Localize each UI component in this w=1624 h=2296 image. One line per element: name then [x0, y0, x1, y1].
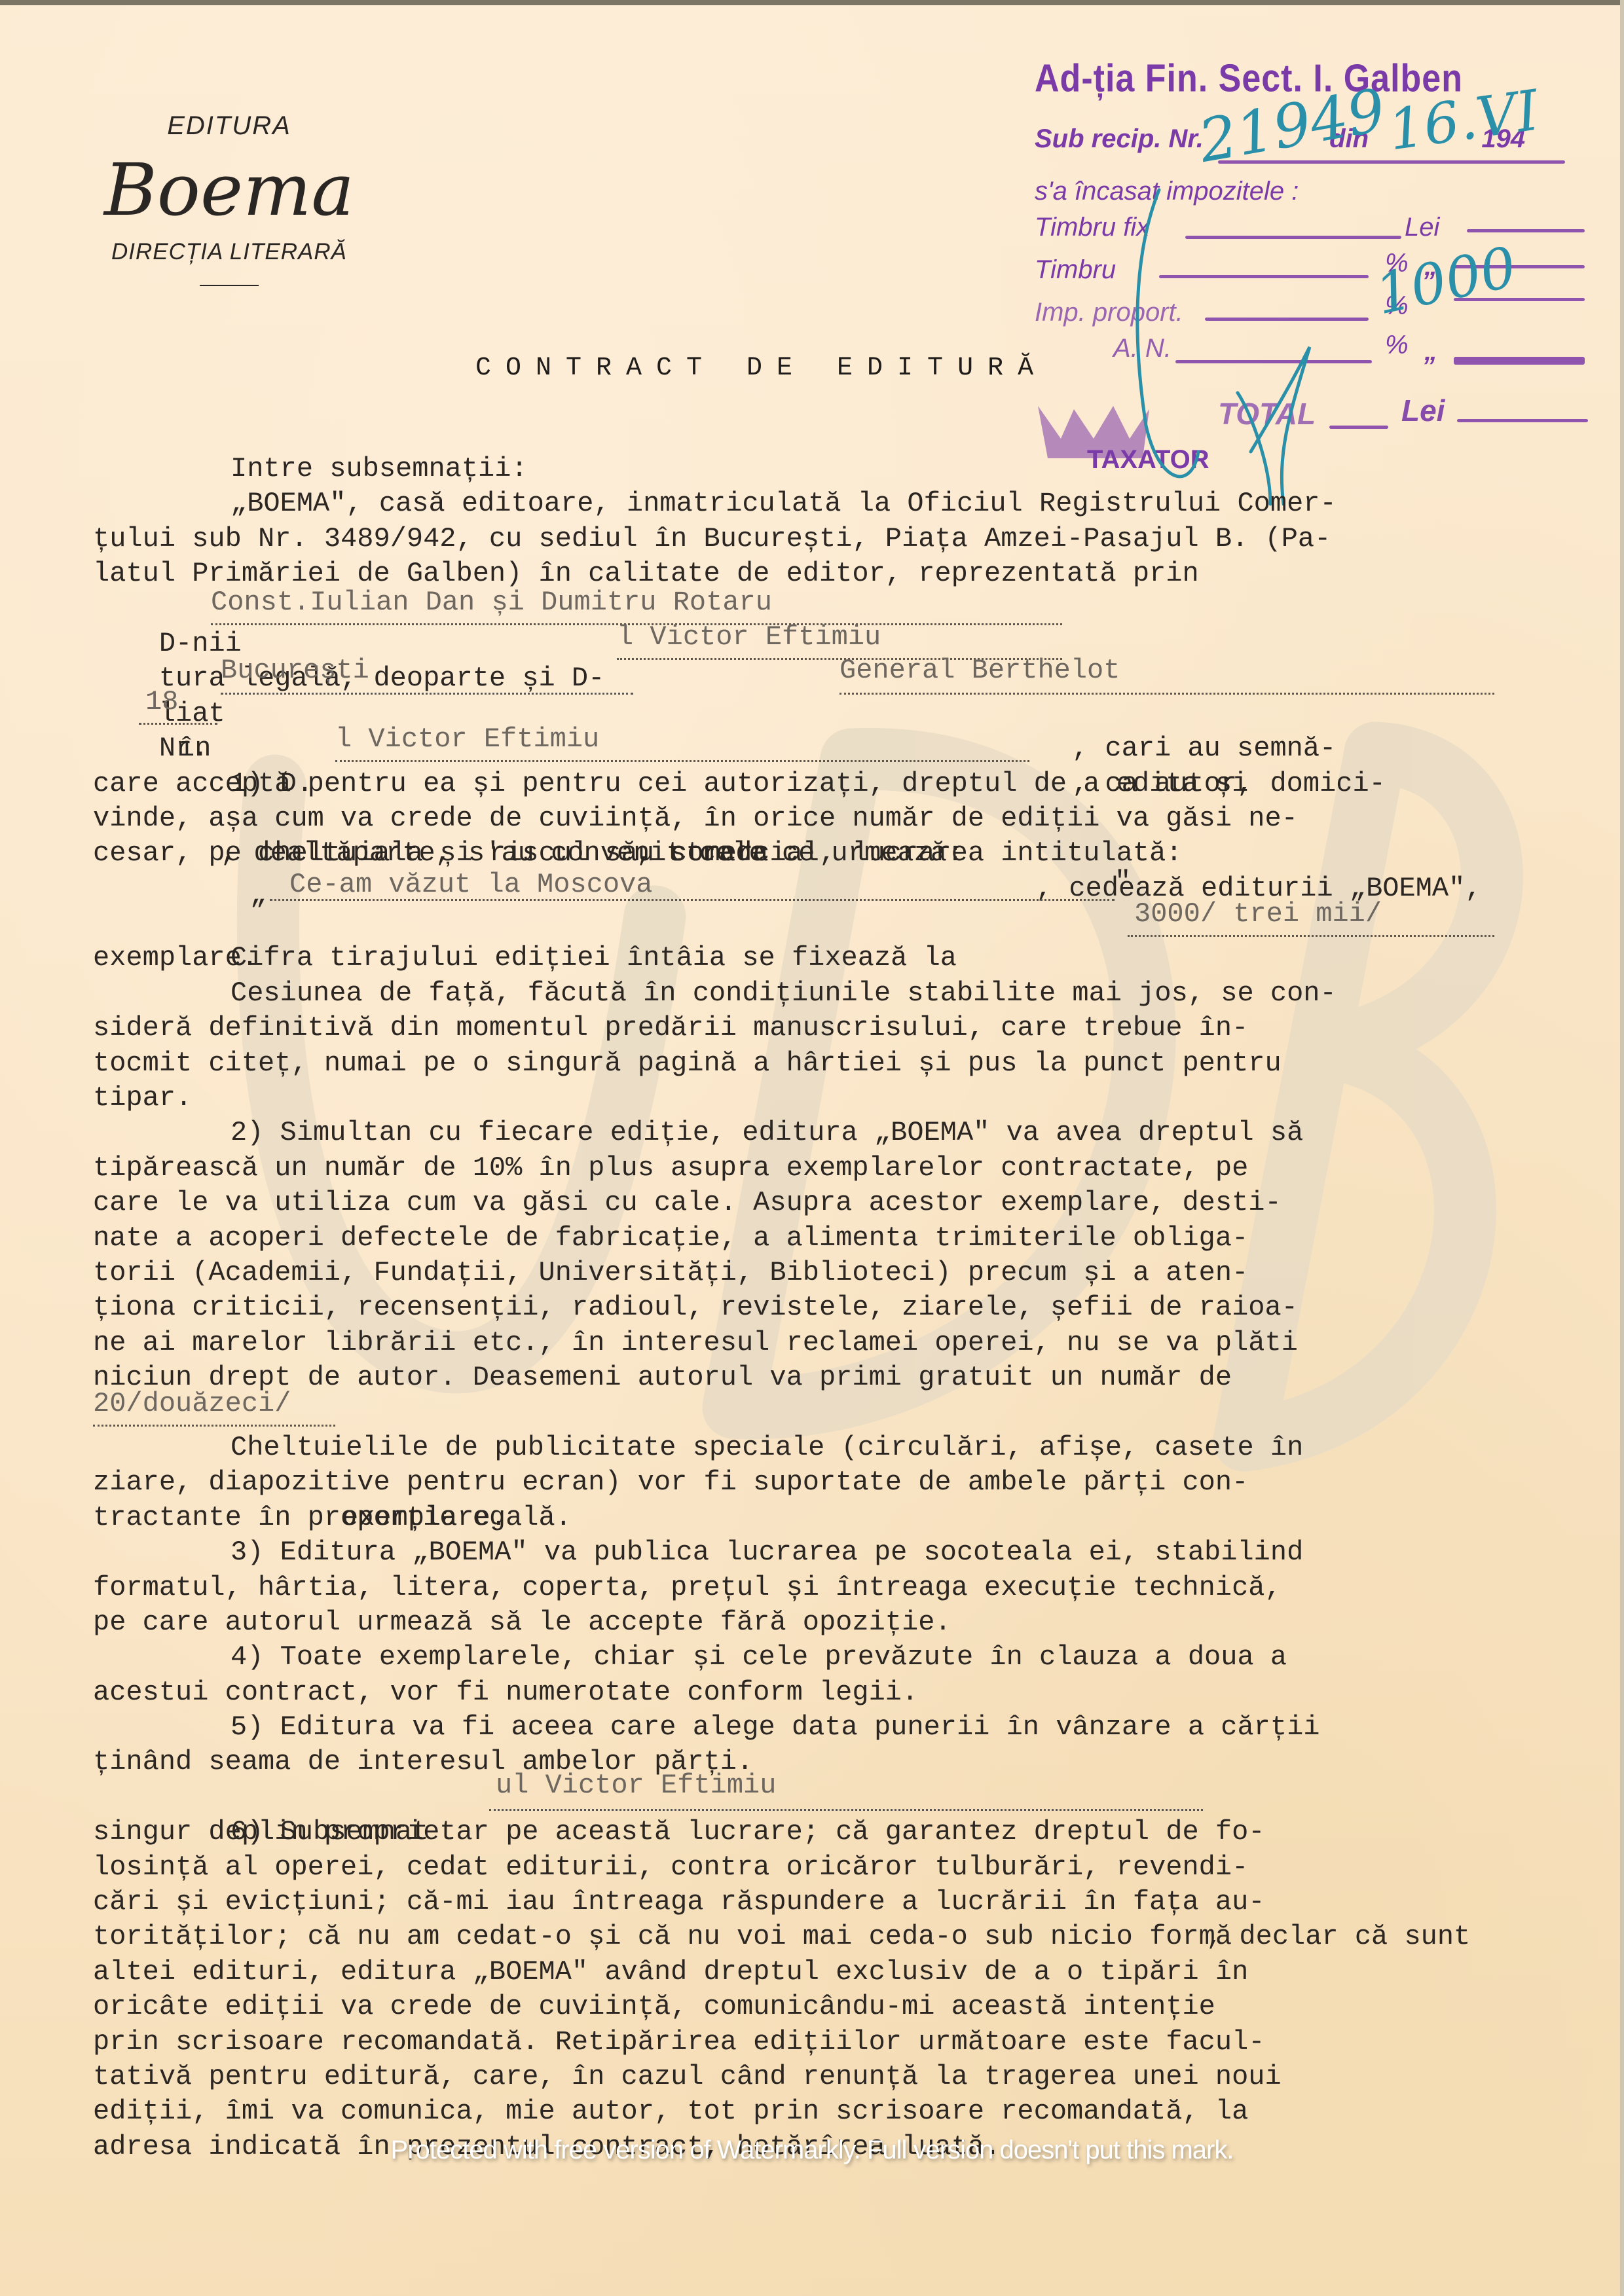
stamp-rule: [1467, 229, 1585, 232]
cession-line-2: sideră definitivă din momentul predării …: [93, 1011, 1494, 1046]
print-run-field: 3000/ trei mii/: [1134, 897, 1382, 932]
clause2-line-3: care le va utiliza cum va găsi cu cale. …: [93, 1186, 1494, 1220]
timbru-label: Timbru: [1035, 255, 1116, 285]
stamp-header: Ad-ția Fin. Sect. I. Galben: [1035, 56, 1463, 101]
fiscal-stamp: Ad-ția Fin. Sect. I. Galben Sub recip. N…: [1022, 39, 1598, 498]
close-quote: ": [1115, 865, 1131, 900]
scan-right-edge: [1620, 0, 1624, 2296]
watermark-notice: Protected with free version of Watermark…: [0, 2136, 1624, 2165]
fill-line: [840, 693, 1494, 695]
party-line-1: „BOEMA", casă editoare, inmatriculată la…: [93, 486, 1494, 521]
clause6-name-field: ul Victor Eftimiu: [496, 1768, 776, 1803]
print-run-suffix: exemplare.: [93, 941, 1494, 975]
free-copies-field: 20/douăzeci/: [93, 1387, 291, 1421]
city-field: București: [221, 653, 369, 688]
clause1-name-field: l Victor Eftimiu: [335, 722, 599, 757]
clause2-line-8: niciun drept de autor. Deasemeni autorul…: [93, 1360, 1494, 1395]
representatives-field: Const.Iulian Dan și Dumitru Rotaru: [211, 585, 772, 620]
fill-line: [221, 693, 633, 695]
scan-top-edge: [0, 0, 1624, 5]
clause3-line-1: 3) Editura „BOEMA" va publica lucrarea p…: [93, 1535, 1494, 1570]
street-field: General Berthelot: [840, 653, 1120, 688]
stamp-smudge: [1454, 357, 1585, 365]
contract-body: Intre subsemnații: „BOEMA", casă editoar…: [93, 452, 1494, 2164]
publicity-line-3: tractante în proporție egală.: [93, 1501, 1494, 1535]
clause6-line-7: prin scrisoare recomandată. Retipărirea …: [93, 2025, 1494, 2060]
department-label: DIRECȚIA LITERARĂ: [92, 239, 367, 265]
fill-line: [93, 1425, 335, 1427]
clause6-line-6: oricâte ediții va crede de cuviință, com…: [93, 1990, 1494, 2024]
clause6-line-2: losință al operei, cedat editurii, contr…: [93, 1850, 1494, 1885]
fill-line: [489, 1809, 1203, 1811]
clause3-line-3: pe care autorul urmează să le accepte fă…: [93, 1605, 1494, 1640]
clause1-line-1: care acceptă pentru ea și pentru cei aut…: [93, 767, 1494, 801]
clause1-line-2: vinde, așa cum va crede de cuviință, în …: [93, 801, 1494, 836]
nr-field: 18: [145, 685, 178, 720]
clause6-line-4: torităților; că nu am cedat-o și că nu v…: [93, 1920, 1494, 1954]
clause2-line-5: torii (Academii, Fundații, Universități,…: [93, 1256, 1494, 1290]
cession-line-4: tipar.: [93, 1081, 1494, 1116]
publisher-label: EDITURA: [92, 111, 367, 141]
fill-line: [139, 723, 217, 725]
letterhead-divider: [200, 285, 259, 286]
party-line-2: țului sub Nr. 3489/942, cu sediul în Buc…: [93, 522, 1494, 556]
clause6-line-8: tativă pentru editură, care, în cazul câ…: [93, 2060, 1494, 2094]
clause1-line-3: cesar, pe cheltuiala și riscul său comer…: [93, 836, 1494, 871]
clause6-line-9: ediții, îmi va comunica, mie autor, tot …: [93, 2094, 1494, 2129]
boema-logo: Boema: [92, 147, 367, 232]
fill-line: [270, 899, 1115, 901]
cession-line-3: tocmit citeț, numai pe o singură pagină …: [93, 1046, 1494, 1081]
fill-line: [335, 760, 1029, 762]
clause2-line-1: 2) Simultan cu fiecare ediție, editura „…: [93, 1116, 1494, 1150]
clause4-line-1: 4) Toate exemplarele, chiar și cele prev…: [93, 1640, 1494, 1675]
print-run-line: Cifra tirajului ediției întâia se fixeaz…: [93, 906, 1494, 941]
clause2-line-2: tipărească un număr de 10% în plus asupr…: [93, 1151, 1494, 1186]
work-title-field: Ce-am văzut la Moscova: [289, 867, 653, 902]
address-line: liat în București , strada General Berth…: [93, 661, 1494, 696]
clause3-line-2: formatul, hârtia, litera, coperta, prețu…: [93, 1571, 1494, 1605]
clause1-head: 1) D. l Victor Eftimiu , cedează edituri…: [93, 731, 1494, 766]
clause2-line-7: ne ai marelor librării etc., în interesu…: [93, 1326, 1494, 1360]
free-copies-line: 20/douăzeci/ exemplare.: [93, 1396, 1494, 1430]
letterhead: EDITURA Boema DIRECȚIA LITERARĂ: [92, 111, 367, 286]
publicity-line-1: Cheltuielile de publicitate speciale (ci…: [93, 1430, 1494, 1465]
clause6-line-5: altei edituri, editura „BOEMA" având dre…: [93, 1955, 1494, 1990]
publicity-line-2: ziare, diapozitive pentru ecran) vor fi …: [93, 1465, 1494, 1500]
receipt-label: Sub recip. Nr.: [1035, 124, 1204, 153]
fill-line: [1128, 935, 1494, 937]
clause6-line-3: cări și evicțiuni; că-mi iau întreaga ră…: [93, 1885, 1494, 1920]
document-title: CONTRACT DE EDITURĂ: [475, 354, 1048, 383]
clause5-line-2: ținând seama de interesul ambelor părți.: [93, 1745, 1494, 1779]
stamp-rule: [1457, 419, 1588, 422]
clause2-line-6: ționa criticii, recensenții, radioul, re…: [93, 1290, 1494, 1325]
nr-line: Nr. 18 , dealtăparte, s'au convenit cele…: [93, 697, 1494, 731]
author-name-field: l Victor Eftimiu: [617, 620, 881, 655]
clause2-line-4: nate a acoperi defectele de fabricație, …: [93, 1221, 1494, 1256]
intro: Intre subsemnații:: [93, 452, 1494, 486]
clause4-line-2: acestui contract, vor fi numerotate conf…: [93, 1675, 1494, 1710]
clause6-head: 6) Subsemnat ul Victor Eftimiu , declar …: [93, 1780, 1494, 1815]
clause5-line-1: 5) Editura va fi aceea care alege data p…: [93, 1710, 1494, 1745]
clause6-line-1: singur deplin proprietar pe această lucr…: [93, 1815, 1494, 1850]
cession-line-1: Cesiunea de față, făcută în condițiunile…: [93, 976, 1494, 1011]
